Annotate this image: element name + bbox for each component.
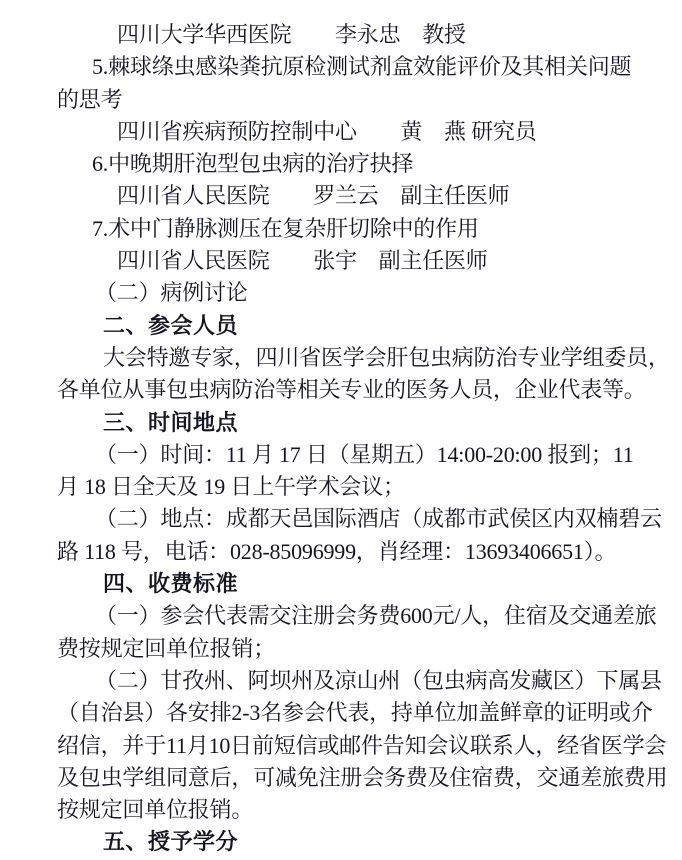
document-line: 各单位从事包虫病防治等相关专业的医务人员，企业代表等。: [0, 374, 682, 406]
document-line: 绍信，并于11月10日前短信或邮件告知会议联系人，经省医学会: [0, 730, 682, 762]
section-heading: 五、授予学分: [0, 826, 682, 858]
document-line: 四川省人民医院 罗兰云 副主任医师: [0, 180, 682, 212]
document-line: 月 18 日全天及 19 日上午学术会议；: [0, 471, 682, 503]
document-line: 四川省人民医院 张宇 副主任医师: [0, 245, 682, 277]
document-line: 的思考: [0, 84, 682, 116]
document-page: 四川大学华西医院 李永忠 教授5.棘球绦虫感染粪抗原检测试剂盒效能评价及其相关问…: [0, 0, 682, 860]
section-heading: 四、收费标准: [0, 568, 682, 600]
section-heading: 二、参会人员: [0, 310, 682, 342]
document-line: 路 118 号，电话：028-85096999，肖经理：13693406651）…: [0, 536, 682, 568]
section-heading: 三、时间地点: [0, 407, 682, 439]
document-line: 大会特邀专家，四川省医学会肝包虫病防治专业学组委员，: [0, 342, 682, 374]
document-line: （一）参会代表需交注册会务费600元/人，住宿及交通差旅: [0, 600, 682, 632]
document-line: 按规定回单位报销。: [0, 794, 682, 826]
document-line: 四川省疾病预防控制中心 黄 燕 研究员: [0, 116, 682, 148]
document-line: 费按规定回单位报销；: [0, 633, 682, 665]
document-line: 7.术中门静脉测压在复杂肝切除中的作用: [0, 213, 682, 245]
document-line: （二）病例讨论: [0, 277, 682, 309]
document-line: 5.棘球绦虫感染粪抗原检测试剂盒效能评价及其相关问题: [0, 51, 682, 83]
document-line: （二）甘孜州、阿坝州及凉山州（包虫病高发藏区）下属县: [0, 665, 682, 697]
document-line: 及包虫学组同意后，可减免注册会务费及住宿费，交通差旅费用: [0, 762, 682, 794]
document-body: 四川大学华西医院 李永忠 教授5.棘球绦虫感染粪抗原检测试剂盒效能评价及其相关问…: [0, 19, 682, 859]
document-line: 四川大学华西医院 李永忠 教授: [0, 19, 682, 51]
document-line: 6.中晚期肝泡型包虫病的治疗抉择: [0, 148, 682, 180]
document-line: （一）时间：11 月 17 日（星期五）14:00-20:00 报到；11: [0, 439, 682, 471]
document-line: （自治县）各安排2-3名参会代表，持单位加盖鲜章的证明或介: [0, 697, 682, 729]
document-line: （二）地点：成都天邑国际酒店（成都市武侯区内双楠碧云: [0, 503, 682, 535]
